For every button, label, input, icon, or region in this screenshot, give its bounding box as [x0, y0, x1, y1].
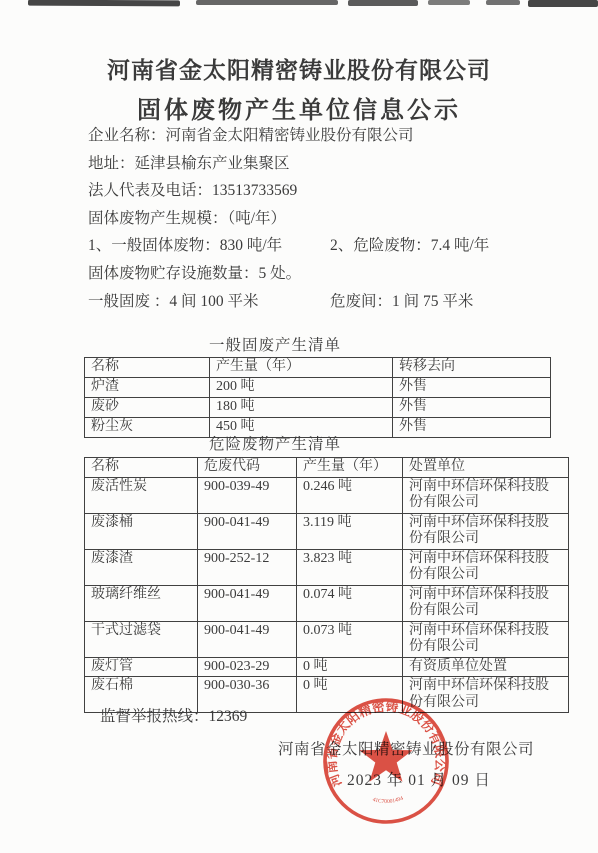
info-text: 1、一般固体废物：830 吨/年 [88, 237, 282, 254]
table-cell: 炉渣 [85, 378, 210, 398]
table-row: 废漆桶900-041-493.119 吨河南中环信环保科技股份有限公司 [85, 513, 569, 549]
header-cell: 名称 [85, 458, 198, 478]
table-cell: 河南中环信环保科技股份有限公司 [403, 585, 569, 621]
scan-artifact [528, 0, 598, 7]
table-cell: 废漆渣 [85, 549, 198, 585]
table-cell: 废漆桶 [85, 513, 198, 549]
table-header-row: 名称产生量（年）转移去向 [85, 358, 551, 378]
table-cell: 玻璃纤维丝 [85, 585, 198, 621]
scan-artifact [196, 0, 338, 5]
info-text: 企业名称：河南省金太阳精密铸业股份有限公司 [88, 127, 414, 144]
table-cell: 0.073 吨 [297, 621, 403, 657]
table-cell: 3.823 吨 [297, 549, 403, 585]
table-cell: 900-023-29 [198, 657, 297, 677]
table-cell: 干式过滤袋 [85, 621, 198, 657]
info-text: 危废间：1 间 75 平米 [330, 288, 473, 316]
info-line: 固体废物贮存设施数量：5 处。 [88, 260, 558, 288]
scan-artifact [28, 0, 180, 6]
report-hotline: 监督举报热线：12369 [100, 704, 247, 726]
table-cell: 200 吨 [210, 378, 393, 398]
table-cell: 900-041-49 [198, 621, 297, 657]
table-cell: 900-252-12 [198, 549, 297, 585]
info-text: 固体废物贮存设施数量：5 处。 [88, 265, 301, 282]
table-cell: 河南中环信环保科技股份有限公司 [403, 513, 569, 549]
company-seal-stamp: 河南省金太阳精密铸业股份有限公司 41C70001494 [306, 681, 466, 841]
info-text: 地址：延津县榆东产业集聚区 [88, 155, 290, 172]
table-row: 炉渣200 吨外售 [85, 378, 551, 398]
header-cell: 产生量（年） [297, 458, 403, 478]
table-cell: 河南中环信环保科技股份有限公司 [403, 477, 569, 513]
table-cell: 废灯管 [85, 657, 198, 677]
table-cell: 0.246 吨 [297, 477, 403, 513]
seal-star-icon [359, 731, 412, 782]
table-cell: 外售 [393, 378, 551, 398]
document-page: 河南省金太阳精密铸业股份有限公司 固体废物产生单位信息公示 企业名称：河南省金太… [0, 0, 598, 853]
doc-title-company: 河南省金太阳精密铸业股份有限公司 [0, 52, 598, 85]
table-cell: 0.074 吨 [297, 585, 403, 621]
header-cell: 产生量（年） [210, 358, 393, 378]
table-cell: 900-039-49 [198, 477, 297, 513]
header-cell: 名称 [85, 358, 210, 378]
hazardous-waste-table-title: 危险废物产生清单 [25, 432, 525, 454]
table-cell: 河南中环信环保科技股份有限公司 [403, 549, 569, 585]
scan-artifact [428, 0, 470, 5]
info-line: 地址：延津县榆东产业集聚区 [88, 150, 558, 178]
table-cell: 废活性炭 [85, 477, 198, 513]
table-cell: 外售 [393, 398, 551, 418]
info-line: 企业名称：河南省金太阳精密铸业股份有限公司 [88, 122, 558, 150]
scan-artifact [348, 0, 418, 6]
general-waste-table-title: 一般固废产生清单 [25, 333, 525, 355]
table-row: 废活性炭900-039-490.246 吨河南中环信环保科技股份有限公司 [85, 477, 569, 513]
table-header-row: 名称危废代码产生量（年）处置单位 [85, 458, 569, 478]
info-line: 法人代表及电话：13513733569 [88, 177, 558, 205]
table-cell: 有资质单位处置 [403, 657, 569, 677]
table-row: 干式过滤袋900-041-490.073 吨河南中环信环保科技股份有限公司 [85, 621, 569, 657]
table-row: 废砂180 吨外售 [85, 398, 551, 418]
doc-title-subject: 固体废物产生单位信息公示 [0, 90, 598, 125]
table-cell: 3.119 吨 [297, 513, 403, 549]
company-info-section: 企业名称：河南省金太阳精密铸业股份有限公司地址：延津县榆东产业集聚区法人代表及电… [88, 122, 558, 315]
table-cell: 河南中环信环保科技股份有限公司 [403, 621, 569, 657]
table-row: 废灯管900-023-290 吨有资质单位处置 [85, 657, 569, 677]
info-text: 2、危险废物：7.4 吨/年 [330, 232, 489, 260]
header-cell: 处置单位 [403, 458, 569, 478]
info-line: 固体废物产生规模：（吨/年） [88, 205, 558, 233]
table-row: 玻璃纤维丝900-041-490.074 吨河南中环信环保科技股份有限公司 [85, 585, 569, 621]
table-cell: 900-041-49 [198, 585, 297, 621]
hazardous-waste-table: 名称危废代码产生量（年）处置单位废活性炭900-039-490.246 吨河南中… [84, 457, 569, 713]
header-cell: 转移去向 [393, 358, 551, 378]
info-text: 一般固废 ：4 间 100 平米 [88, 293, 259, 310]
scan-artifact [486, 0, 520, 5]
info-line: 1、一般固体废物：830 吨/年2、危险废物：7.4 吨/年 [88, 232, 558, 260]
info-text: 固体废物产生规模：（吨/年） [88, 210, 286, 227]
table-cell: 废砂 [85, 398, 210, 418]
table-cell: 900-041-49 [198, 513, 297, 549]
table-row: 废漆渣900-252-123.823 吨河南中环信环保科技股份有限公司 [85, 549, 569, 585]
table-cell: 0 吨 [297, 657, 403, 677]
info-text: 法人代表及电话：13513733569 [88, 182, 297, 199]
table-cell: 180 吨 [210, 398, 393, 418]
general-waste-table: 名称产生量（年）转移去向炉渣200 吨外售废砂180 吨外售粉尘灰450 吨外售 [84, 357, 551, 438]
info-line: 一般固废 ：4 间 100 平米危废间：1 间 75 平米 [88, 288, 558, 316]
seal-number: 41C70001494 [372, 796, 405, 806]
header-cell: 危废代码 [198, 458, 297, 478]
